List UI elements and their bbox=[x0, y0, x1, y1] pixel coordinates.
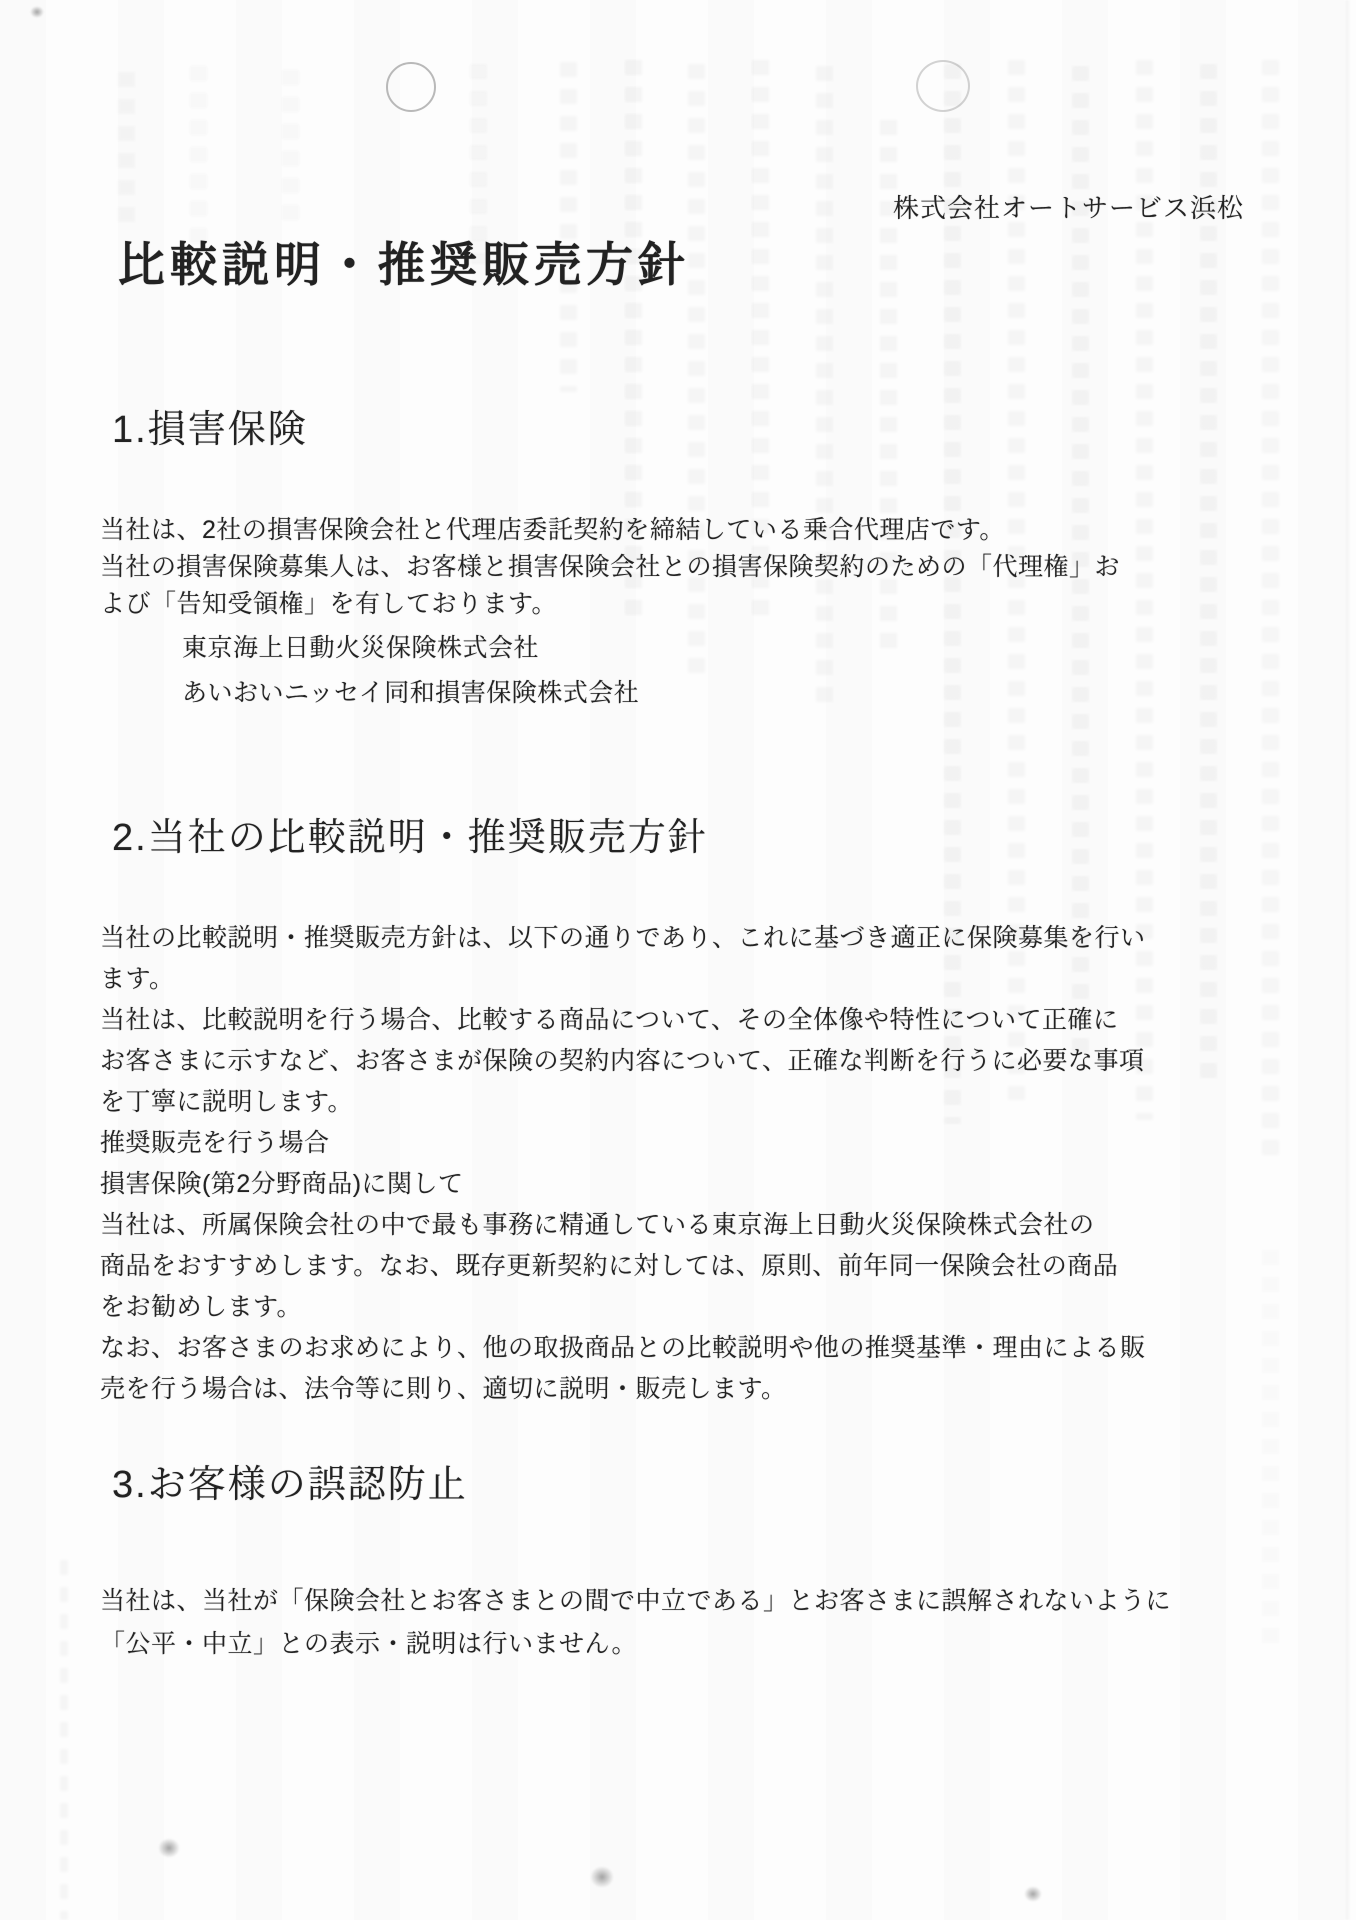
paragraph-line: 推奨販売を行う場合 bbox=[100, 1123, 1280, 1164]
insurer-company-list: 東京海上日動火災保険株式会社 あいおいニッセイ同和損害保険株式会社 bbox=[182, 626, 639, 716]
scan-speck bbox=[158, 1838, 180, 1858]
paragraph-line: ます。 bbox=[100, 959, 1280, 1000]
scan-speck bbox=[30, 6, 44, 18]
paragraph-line: を丁寧に説明します。 bbox=[100, 1082, 1280, 1123]
bleed-through-artifact bbox=[282, 70, 299, 220]
paragraph-line: 売を行う場合は、法令等に則り、適切に説明・販売します。 bbox=[100, 1369, 1280, 1410]
paragraph-line: 商品をおすすめします。なお、既存更新契約に対しては、原則、前年同一保険会社の商品 bbox=[100, 1246, 1280, 1287]
bleed-through-artifact bbox=[560, 62, 577, 392]
bleed-through-artifact bbox=[60, 1560, 68, 1920]
scan-speck bbox=[590, 1866, 614, 1888]
paragraph-line: 当社は、比較説明を行う場合、比較する商品について、その全体像や特性について正確に bbox=[100, 1000, 1280, 1041]
paragraph-line: 当社は、所属保険会社の中で最も事務に精通している東京海上日動火災保険株式会社の bbox=[100, 1205, 1280, 1246]
paragraph-line: 損害保険(第2分野商品)に関して bbox=[100, 1164, 1280, 1205]
paragraph-line: をお勧めします。 bbox=[100, 1287, 1280, 1328]
company-name-note: 株式会社オートサービス浜松 bbox=[893, 188, 1244, 225]
paragraph-line: お客さまに示すなど、お客さまが保険の契約内容について、正確な判断を行うに必要な事… bbox=[100, 1041, 1280, 1082]
paragraph-line: 「公平・中立」との表示・説明は行いません。 bbox=[100, 1623, 1280, 1666]
scan-edge-streak bbox=[1345, 0, 1349, 1920]
bleed-through-artifact bbox=[118, 72, 135, 232]
paragraph-line: 当社の比較説明・推奨販売方針は、以下の通りであり、これに基づき適正に保険募集を行… bbox=[100, 918, 1280, 959]
insurer-name: あいおいニッセイ同和損害保険株式会社 bbox=[182, 671, 639, 716]
section2-paragraph: 当社の比較説明・推奨販売方針は、以下の通りであり、これに基づき適正に保険募集を行… bbox=[100, 918, 1280, 1410]
section3-paragraph: 当社は、当社が「保険会社とお客さまとの間で中立である」とお客さまに誤解されないよ… bbox=[100, 1580, 1280, 1666]
punch-hole-mark-left bbox=[386, 62, 436, 112]
paragraph-line: よび「告知受領権」を有しております。 bbox=[100, 586, 1280, 623]
section-heading-damage-insurance: 1.損害保険 bbox=[112, 398, 308, 453]
paragraph-line: 当社は、2社の損害保険会社と代理店委託契約を締結している乗合代理店です。 bbox=[100, 512, 1280, 549]
punch-hole-mark-right bbox=[916, 60, 970, 112]
scanned-document-page: 株式会社オートサービス浜松 比較説明・推奨販売方針 1.損害保険 当社は、2社の… bbox=[0, 0, 1356, 1920]
paragraph-line: 当社の損害保険募集人は、お客様と損害保険会社との損害保険契約のための「代理権」お bbox=[100, 549, 1280, 586]
section-heading-sales-policy: 2.当社の比較説明・推奨販売方針 bbox=[112, 806, 708, 861]
section1-paragraph: 当社は、2社の損害保険会社と代理店委託契約を締結している乗合代理店です。 当社の… bbox=[100, 512, 1280, 623]
document-title: 比較説明・推奨販売方針 bbox=[118, 228, 690, 295]
paragraph-line: 当社は、当社が「保険会社とお客さまとの間で中立である」とお客さまに誤解されないよ… bbox=[100, 1580, 1280, 1623]
section-heading-misunderstanding-prevention: 3.お客様の誤認防止 bbox=[112, 1453, 468, 1508]
scan-speck bbox=[1024, 1886, 1042, 1902]
paragraph-line: なお、お客さまのお求めにより、他の取扱商品との比較説明や他の推奨基準・理由による… bbox=[100, 1328, 1280, 1369]
insurer-name: 東京海上日動火災保険株式会社 bbox=[182, 626, 639, 671]
